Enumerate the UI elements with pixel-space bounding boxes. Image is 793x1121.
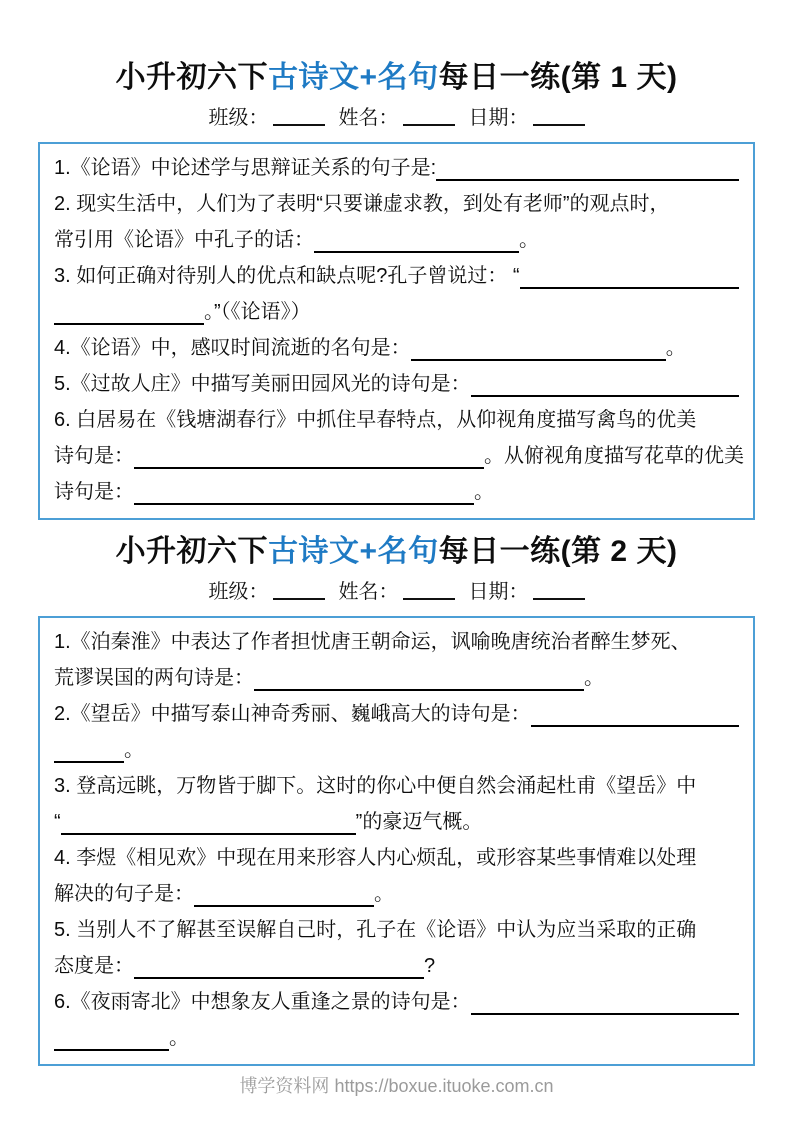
answer-blank bbox=[134, 477, 474, 505]
question-text: 3. 如何正确对待别人的优点和缺点呢?孔子曾说过： “ bbox=[54, 258, 520, 294]
question-text: 4.《论语》中，感叹时间流逝的名句是： bbox=[54, 330, 411, 366]
question-text: 诗句是： bbox=[54, 474, 134, 510]
answer-blank bbox=[194, 879, 374, 907]
question-line: 5.《过故人庄》中描写美丽田园风光的诗句是： bbox=[54, 366, 739, 402]
question-line: 6.《夜雨寄北》中想象友人重逢之景的诗句是： bbox=[54, 984, 739, 1020]
class-blank bbox=[273, 108, 325, 126]
date-blank bbox=[533, 108, 585, 126]
answer-blank bbox=[254, 663, 584, 691]
class-label: 班级： bbox=[209, 581, 269, 603]
question-line: 2.《望岳》中描写泰山神奇秀丽、巍峨高大的诗句是： bbox=[54, 696, 739, 732]
question-text: 。 bbox=[474, 474, 494, 510]
question-text: 常引用《论语》中孔子的话： bbox=[54, 222, 314, 258]
question-text: 诗句是： bbox=[54, 438, 134, 474]
title-prefix: 小升初六下 bbox=[116, 535, 269, 568]
answer-blank bbox=[436, 153, 739, 181]
question-text: 1.《论语》中论述学与思辩证关系的句子是: bbox=[54, 150, 436, 186]
question-text: 。”（《论语》） bbox=[204, 294, 311, 330]
question-line: 。 bbox=[54, 732, 739, 768]
name-label: 姓名： bbox=[339, 581, 399, 603]
question-line: 。”（《论语》） bbox=[54, 294, 739, 330]
title-highlight: 古诗文+名句 bbox=[268, 61, 439, 94]
question-box-day1: 1.《论语》中论述学与思辩证关系的句子是:2. 现实生活中，人们为了表明“只要谦… bbox=[38, 142, 755, 520]
title-suffix: 每日一练(第 2 天) bbox=[439, 535, 678, 568]
answer-blank bbox=[61, 807, 356, 835]
question-text: 。 bbox=[519, 222, 539, 258]
question-line: 解决的句子是：。 bbox=[54, 876, 739, 912]
name-blank bbox=[403, 108, 455, 126]
question-text: ”的豪迈气概。 bbox=[356, 804, 483, 840]
question-text: 6. 白居易在《钱塘湖春行》中抓住早春特点，从仰视角度描写禽鸟的优美 bbox=[54, 402, 696, 438]
answer-blank bbox=[471, 987, 739, 1015]
title-highlight: 古诗文+名句 bbox=[268, 535, 439, 568]
section-title-day1: 小升初六下古诗文+名句每日一练(第 1 天) bbox=[0, 60, 793, 96]
answer-blank bbox=[471, 369, 739, 397]
question-text: 3. 登高远眺，万物皆于脚下。这时的你心中便自然会涌起杜甫《望岳》中 bbox=[54, 768, 696, 804]
answer-blank bbox=[314, 225, 519, 253]
name-blank bbox=[403, 582, 455, 600]
name-label: 姓名： bbox=[339, 107, 399, 129]
title-prefix: 小升初六下 bbox=[116, 61, 269, 94]
answer-blank bbox=[54, 297, 204, 325]
question-text: ? bbox=[424, 948, 435, 984]
question-text: 。 bbox=[124, 732, 144, 768]
question-text: 。 bbox=[169, 1020, 189, 1056]
answer-blank bbox=[134, 441, 484, 469]
class-blank bbox=[273, 582, 325, 600]
question-line: 4.《论语》中，感叹时间流逝的名句是：。 bbox=[54, 330, 739, 366]
date-label: 日期： bbox=[469, 107, 529, 129]
question-text: 。 bbox=[584, 660, 604, 696]
answer-blank bbox=[54, 1023, 169, 1051]
question-text: 2. 现实生活中，人们为了表明“只要谦虚求教，到处有老师”的观点时， bbox=[54, 186, 670, 222]
question-text: 6.《夜雨寄北》中想象友人重逢之景的诗句是： bbox=[54, 984, 471, 1020]
date-blank bbox=[533, 582, 585, 600]
question-line: “”的豪迈气概。 bbox=[54, 804, 739, 840]
question-text: 5.《过故人庄》中描写美丽田园风光的诗句是： bbox=[54, 366, 471, 402]
meta-line-day1: 班级：姓名：日期： bbox=[0, 104, 793, 132]
answer-blank bbox=[411, 333, 666, 361]
question-line: 5. 当别人不了解甚至误解自己时，孔子在《论语》中认为应当采取的正确 bbox=[54, 912, 739, 948]
question-text: 4. 李煜《相见欢》中现在用来形容人内心烦乱，或形容某些事情难以处理 bbox=[54, 840, 696, 876]
question-line: 诗句是：。 bbox=[54, 474, 739, 510]
question-line: 诗句是：。从俯视角度描写花草的优美 bbox=[54, 438, 739, 474]
question-line: 2. 现实生活中，人们为了表明“只要谦虚求教，到处有老师”的观点时， bbox=[54, 186, 739, 222]
question-line: 4. 李煜《相见欢》中现在用来形容人内心烦乱，或形容某些事情难以处理 bbox=[54, 840, 739, 876]
answer-blank bbox=[54, 735, 124, 763]
question-text: 5. 当别人不了解甚至误解自己时，孔子在《论语》中认为应当采取的正确 bbox=[54, 912, 696, 948]
question-box-day2: 1.《泊秦淮》中表达了作者担忧唐王朝命运，讽喻晚唐统治者醉生梦死、荒谬误国的两句… bbox=[38, 616, 755, 1066]
section-title-day2: 小升初六下古诗文+名句每日一练(第 2 天) bbox=[0, 534, 793, 570]
worksheet-section-day1: 小升初六下古诗文+名句每日一练(第 1 天) 班级：姓名：日期： 1.《论语》中… bbox=[0, 60, 793, 520]
question-text: 。从俯视角度描写花草的优美 bbox=[484, 438, 744, 474]
question-line: 1.《泊秦淮》中表达了作者担忧唐王朝命运，讽喻晚唐统治者醉生梦死、 bbox=[54, 624, 739, 660]
question-text: 2.《望岳》中描写泰山神奇秀丽、巍峨高大的诗句是： bbox=[54, 696, 531, 732]
question-line: 荒谬误国的两句诗是：。 bbox=[54, 660, 739, 696]
question-line: 6. 白居易在《钱塘湖春行》中抓住早春特点，从仰视角度描写禽鸟的优美 bbox=[54, 402, 739, 438]
question-text: 解决的句子是： bbox=[54, 876, 194, 912]
question-line: 3. 登高远眺，万物皆于脚下。这时的你心中便自然会涌起杜甫《望岳》中 bbox=[54, 768, 739, 804]
answer-blank bbox=[531, 699, 739, 727]
question-text: 。 bbox=[374, 876, 394, 912]
question-line: 。 bbox=[54, 1020, 739, 1056]
question-line: 常引用《论语》中孔子的话：。 bbox=[54, 222, 739, 258]
meta-line-day2: 班级：姓名：日期： bbox=[0, 578, 793, 606]
question-text: 。 bbox=[666, 330, 686, 366]
footer-watermark: 博学资料网 https://boxue.ituoke.com.cn bbox=[0, 1074, 793, 1098]
question-text: 1.《泊秦淮》中表达了作者担忧唐王朝命运，讽喻晚唐统治者醉生梦死、 bbox=[54, 624, 691, 660]
worksheet-section-day2: 小升初六下古诗文+名句每日一练(第 2 天) 班级：姓名：日期： 1.《泊秦淮》… bbox=[0, 534, 793, 1066]
question-line: 态度是：? bbox=[54, 948, 739, 984]
date-label: 日期： bbox=[469, 581, 529, 603]
class-label: 班级： bbox=[209, 107, 269, 129]
question-text: “ bbox=[54, 804, 61, 840]
answer-blank bbox=[520, 261, 739, 289]
question-line: 1.《论语》中论述学与思辩证关系的句子是: bbox=[54, 150, 739, 186]
title-suffix: 每日一练(第 1 天) bbox=[439, 61, 678, 94]
question-text: 荒谬误国的两句诗是： bbox=[54, 660, 254, 696]
answer-blank bbox=[134, 951, 424, 979]
question-text: 态度是： bbox=[54, 948, 134, 984]
question-line: 3. 如何正确对待别人的优点和缺点呢?孔子曾说过： “ bbox=[54, 258, 739, 294]
